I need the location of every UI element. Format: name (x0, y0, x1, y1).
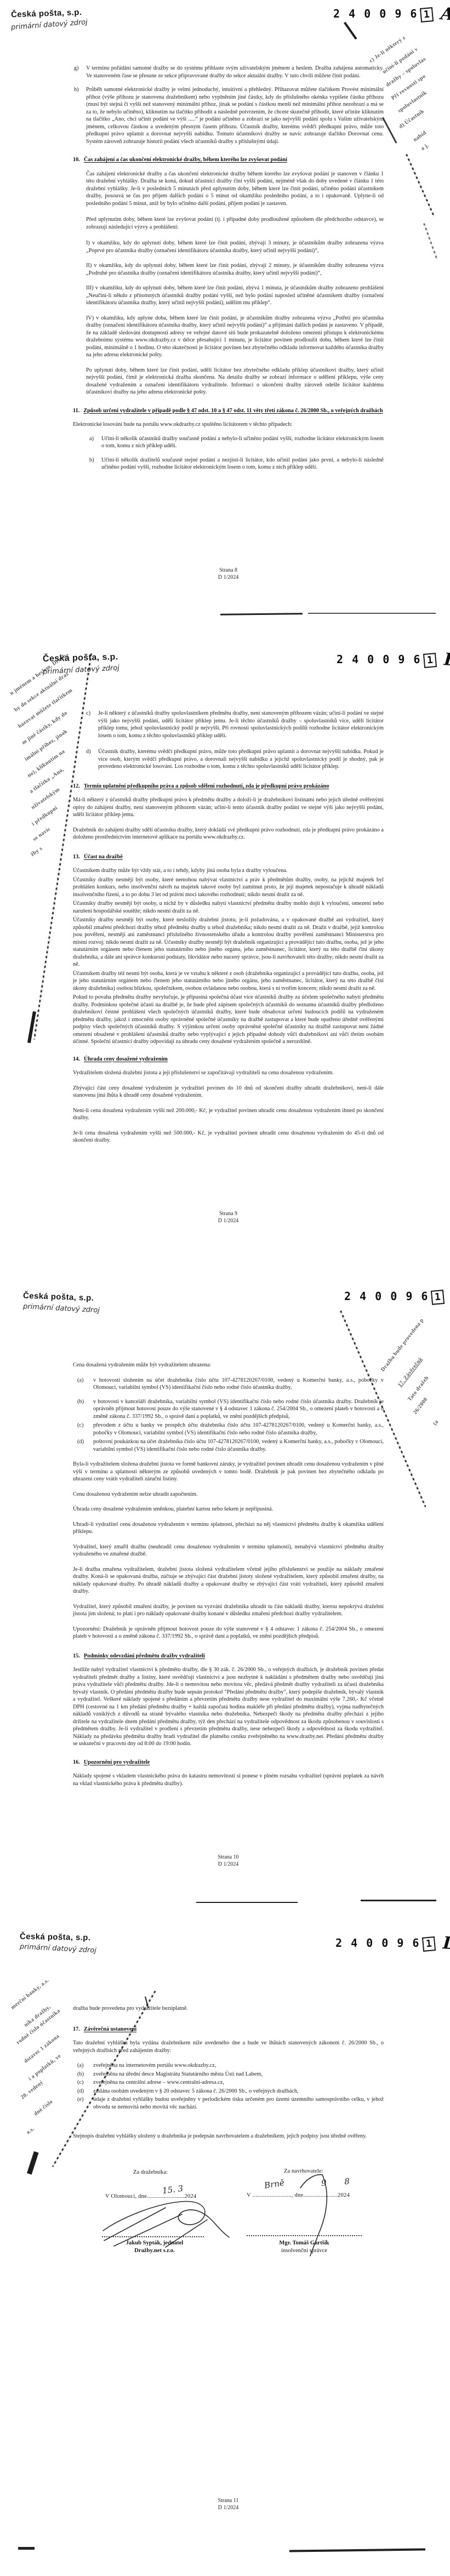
paragraph: Jestliže nabyl vydražitel vlastnictví k … (73, 1666, 384, 1748)
paragraph: Čas zahájení elektronické dražby a čas u… (86, 170, 384, 208)
paragraph: II) v okamžiku, kdy do uplynutí doby, bě… (86, 262, 384, 277)
stamp-number: 2 4 0 0 9 6 (344, 1290, 429, 1303)
list-label: c) (86, 710, 90, 717)
list-item-a: (a) zveřejněna na internetovém portálu w… (73, 2062, 384, 2070)
paragraph: Uhradí-li vydražitel cenu dosaženou vydr… (73, 1521, 384, 1536)
footer-doc-code: D 1/2024 (73, 1217, 384, 1224)
paragraph: Dražebník do zahájení dražby sdělí účast… (73, 827, 384, 841)
scan-mark (18, 2547, 35, 2550)
footer-page-number: Strana 9 (73, 1210, 384, 1217)
bleed-text-line: imální příhoz, jinak (24, 728, 69, 762)
stamp-boxed-digit: 1 (423, 653, 437, 668)
bleed-text-line: se navíc (32, 826, 52, 842)
paragraph: Stejnopis dražební vyhlášky uložený u dr… (73, 2133, 384, 2140)
paragraph: Zbývající část ceny dosažené vydražením … (73, 1085, 384, 1099)
paragraph: Tato dražební vyhláška byla vydána draže… (73, 2039, 384, 2054)
list-label: (b) (77, 1398, 84, 1406)
paragraph: dražba bude provedena pro vydražitele be… (73, 2005, 384, 2013)
page-b-stamp: 2 4 0 0 9 61B (337, 650, 450, 670)
section-heading-14: 14.Úhrada ceny dosažené vydražením (73, 1056, 384, 1063)
scan-mark (308, 613, 436, 614)
paragraph: V termínu pořádání samotné dražby se do … (86, 65, 384, 79)
org-subtitle: primární datový zdroj (20, 1942, 97, 1954)
paragraph: Je-li některý z účastníků dražby spoluvl… (98, 710, 384, 739)
paragraph: Byla-li vydražitelem složena dražební ji… (73, 1461, 384, 1483)
paragraph: Před uplynutím doby, během které lze zvy… (86, 216, 384, 231)
paragraph: Průběh samotné elektronické dražby je ve… (86, 86, 384, 145)
paragraph: poštovní poukázkou na účet dražebníka čí… (93, 1438, 384, 1453)
paragraph: I) v okamžiku, kdy do uplynutí doby, běh… (86, 240, 384, 254)
stamp-number: 2 4 0 0 9 6 (333, 7, 418, 20)
list-item-d: (d) poštovní poukázkou na účet dražebník… (73, 1438, 384, 1453)
list-label: (b) (77, 2071, 84, 2078)
paragraph: zaslána osobám uvedeným v § 20 odstavec … (93, 2088, 384, 2095)
paragraph: Vydražitel, který zmařil dražbu (neuhrad… (73, 1543, 384, 1558)
stamp-boxed-digit: 1 (431, 1290, 445, 1305)
page-c-header: Česká pošta, s.p. primární datový zdroj (23, 1292, 100, 1313)
bleed-text-line: žby s (30, 846, 43, 858)
signature-heading-drazebnik: Za dražebníka: (133, 2169, 168, 2175)
stamp-letter-b: B (443, 649, 450, 670)
footer-doc-code: D 1/2024 (73, 2504, 384, 2511)
page-b-body: c) Je-li některý z účastníků dražby spol… (73, 710, 384, 1151)
footer-page-number: Strana 8 (73, 567, 384, 574)
list-label: (a) (77, 1377, 83, 1384)
section-heading-17: 17.Závěrečná ustanovení (73, 2026, 384, 2033)
page-c-footer: Strana 10 D 1/2024 (73, 1854, 384, 1868)
paragraph: převodem z účtu u banky ve prospěch účtu… (93, 1422, 384, 1437)
list-label: (a) (77, 2062, 83, 2070)
scanned-document: Česká pošta, s.p. primární datový zdroj … (0, 0, 450, 2576)
signature-line-right (247, 2235, 362, 2236)
paragraph: Upozornění: Dražebník je oprávněn přijmo… (73, 1626, 384, 1640)
bleed-text-line: 26/2000 (412, 1397, 429, 1416)
list-label: a) (89, 435, 94, 443)
paragraph: Účastníky dražby nesmějí být osoby, kter… (73, 916, 384, 968)
list-label: (c) (77, 1422, 83, 1429)
stamp-boxed-digit: 1 (420, 7, 434, 22)
section-heading-12: 12.Termín uplatnění předkupního práva a … (73, 783, 384, 790)
list-item-a: a) Učiní-li několik účastníků dražby sou… (73, 435, 384, 450)
list-label: (d) (77, 2088, 84, 2095)
page-d-stamp: 2 4 0 0 9 61D (335, 1934, 450, 1953)
list-item-d: d) Účastník dražby, kterému svědčí předk… (73, 748, 384, 771)
bleed-text-line: (a (432, 1419, 440, 1427)
signatory-left: Jakub Sypták, jednatel Dražby.net s.r.o. (94, 2239, 215, 2255)
paragraph: Účastníkem dražby též nesmí být osoba, k… (73, 970, 384, 993)
page-a-body: g) V termínu pořádání samotné dražby se … (73, 65, 384, 478)
org-name: Česká pošta, s.p. (23, 1291, 100, 1303)
scan-streak (406, 154, 435, 216)
paragraph: Úhrada ceny dosažené vydražením směnkou,… (73, 1506, 384, 1513)
page-d-body: dražba bude provedena pro vydražitele be… (73, 2005, 384, 2147)
list-item-a: (a) v hotovosti složením na účet dražebn… (73, 1377, 384, 1392)
section-heading-10: 10.Čas zahájení a čas ukončení elektroni… (73, 156, 384, 164)
paragraph: IV) v okamžiku, kdy uplyne doba, během k… (86, 315, 384, 359)
list-item-c: (c) zveřejněna na centrální adrese – www… (73, 2079, 384, 2087)
list-item-e: (e) údaje z dražební vyhlášky budou uveř… (73, 2096, 384, 2111)
page-d-header: Česká pošta, s.p. primární datový zdroj (20, 1933, 96, 1953)
list-label: (c) (77, 2079, 83, 2087)
paragraph: Má-li některý z účastníků dražby předkup… (73, 796, 384, 819)
scan-streak (382, 117, 397, 144)
bleed-text-line: m jiné částky, kdy do (21, 710, 69, 746)
paragraph: Je-li dražba zmařena vydražitelem, draže… (73, 1566, 384, 1595)
scan-streak (423, 223, 438, 260)
page-c-stamp: 2 4 0 0 9 61C (344, 1287, 450, 1307)
paragraph: zveřejněna na úřední desce Magistrátu St… (93, 2071, 384, 2078)
paragraph: Vydražitel, který způsobil zmaření dražb… (73, 1603, 384, 1618)
org-name: Česká pošta, s.p. (11, 8, 88, 20)
paragraph: III) v okamžiku, kdy do uplynutí doby, b… (86, 284, 384, 307)
list-item-c: (c) převodem z účtu u banky ve prospěch … (73, 1422, 384, 1437)
bleed-text-line: dražby – spoluvlas (385, 56, 427, 88)
bleed-text-line: 20. vedený (20, 2079, 44, 2101)
signatory-role: insolvenční správce (244, 2247, 364, 2255)
handwritten-place-right: Brně (264, 2178, 285, 2191)
list-item-b: (b) zveřejněna na úřední desce Magistrát… (73, 2071, 384, 2078)
bleed-text-line: nabíd (412, 130, 428, 143)
page-d-footer: Strana 11 D 1/2024 (73, 2497, 384, 2511)
signatory-name: Jakub Sypták, jednatel (94, 2239, 215, 2247)
bleed-text-line: dné číslo (33, 2099, 54, 2117)
list-label: h) (74, 86, 79, 94)
signatory-right: Mgr. Tomáš Gartšík insolvenční správce (244, 2239, 364, 2255)
page-a-stamp: 2 4 0 0 9 61A (333, 4, 450, 24)
list-item-g: g) V termínu pořádání samotné dražby se … (73, 65, 384, 79)
stamp-letter-a: A (440, 4, 450, 25)
org-subtitle: primární datový zdroj (23, 1302, 100, 1314)
footer-page-number: Strana 10 (73, 1854, 384, 1861)
paragraph: Účastníky dražby nesmějí být osoby, u ni… (73, 900, 384, 915)
section-heading-16: 16.Upozornění pro vydražitele (73, 1759, 384, 1766)
list-item-b: b) Učiní-li několik dražitelů současně s… (73, 457, 384, 471)
paragraph: Účastník dražby, kterému svědčí předkupn… (98, 748, 384, 771)
paragraph: Pokud to povaha předmětu dražby nevyluču… (73, 994, 384, 1046)
signatory-name: Mgr. Tomáš Gartšík (244, 2239, 364, 2247)
paragraph: Učiní-li několik účastníků dražby součas… (101, 435, 384, 450)
bleed-text-line: merční banky, a.s. (10, 1977, 50, 2011)
section-heading-15: 15.Podmínky odevzdání předmětu dražby vy… (73, 1652, 384, 1660)
list-label: d) (86, 748, 91, 756)
paragraph: Účastníky dražby nesmějí být osoby, kter… (73, 876, 384, 899)
page-a-footer: Strana 8 D 1/2024 (73, 567, 384, 581)
paragraph: Je-li cena dosažená vydražením vyšší než… (73, 1130, 384, 1144)
page-c-body: Cena dosažená vydražením může být vydraž… (73, 1361, 384, 1794)
section-heading-13: 13.Účast na dražbě (73, 853, 384, 861)
stamp-boxed-digit: 1 (422, 1936, 436, 1952)
paragraph: Po uplynutí doby, během které lze činit … (86, 367, 384, 396)
bleed-text-line: a j. (420, 142, 430, 152)
list-label: (e) (77, 2096, 83, 2104)
list-label: (d) (77, 1438, 84, 1446)
org-subtitle: primární datový zdroj (11, 18, 88, 32)
list-item-h: h) Průběh samotné elektronické dražby je… (73, 86, 384, 145)
list-item-b: (b) v hotovosti v kanceláři dražebníka, … (73, 1398, 384, 1421)
scan-mark (361, 1900, 436, 1901)
footer-doc-code: D 1/2024 (73, 1861, 384, 1868)
page-b-footer: Strana 9 D 1/2024 (73, 1210, 384, 1224)
list-label: b) (89, 457, 94, 464)
scan-streak (344, 22, 357, 40)
list-label: g) (74, 65, 79, 72)
paragraph: Učiní-li několik dražitelů současně stej… (101, 457, 384, 471)
paragraph: Vydražitelem složená dražební jistota a … (73, 1069, 384, 1077)
scan-mark (196, 1902, 298, 1903)
scan-streak (27, 2151, 39, 2175)
paragraph: zveřejněna na internetovém portálu www.o… (93, 2062, 384, 2070)
signatory-org: Dražby.net s.r.o. (94, 2247, 215, 2255)
scan-mark (289, 2548, 425, 2552)
paragraph: Cena dosažená vydražením může být vydraž… (73, 1361, 384, 1369)
section-heading-11: 11.Způsob určení vydražitele v případě p… (73, 407, 384, 415)
stamp-number: 2 4 0 0 9 6 (335, 1936, 420, 1950)
page-a-header: Česká pošta, s.p. primární datový zdroj (11, 9, 88, 29)
paragraph: Cenu dosaženou vydražením nelze uhradit … (73, 1491, 384, 1498)
footer-page-number: Strana 11 (73, 2497, 384, 2504)
footer-doc-code: D 1/2024 (73, 574, 384, 581)
list-item-d: (d) zaslána osobám uvedeným v § 20 odsta… (73, 2088, 384, 2095)
list-item-c: c) Je-li některý z účastníků dražby spol… (73, 710, 384, 739)
signature-line-left (102, 2236, 204, 2237)
scan-mark (220, 613, 303, 615)
bleed-text-line: a.s. (25, 2125, 36, 2135)
stamp-number: 2 4 0 0 9 6 (337, 653, 421, 666)
paragraph: Účastníkem dražby může být vždy stát, a … (73, 867, 384, 875)
paragraph: v hotovosti v kanceláři dražebníka, vari… (93, 1398, 384, 1421)
paragraph: údaje z dražební vyhlášky budou uveřejně… (93, 2096, 384, 2111)
paragraph: Náklady spojené s vkladem vlastnického p… (73, 1773, 384, 1787)
paragraph: Není-li cena dosažená vydražením vyšší n… (73, 1107, 384, 1122)
paragraph: zveřejněna na centrální adrese – www.cen… (93, 2079, 384, 2087)
paragraph: Elektronické losování bude na portálu ww… (73, 421, 384, 429)
paragraph: v hotovosti složením na účet dražebníka … (93, 1377, 384, 1392)
stamp-letter-d: D (442, 1933, 450, 1954)
org-name: Česká pošta, s.p. (20, 1932, 96, 1942)
